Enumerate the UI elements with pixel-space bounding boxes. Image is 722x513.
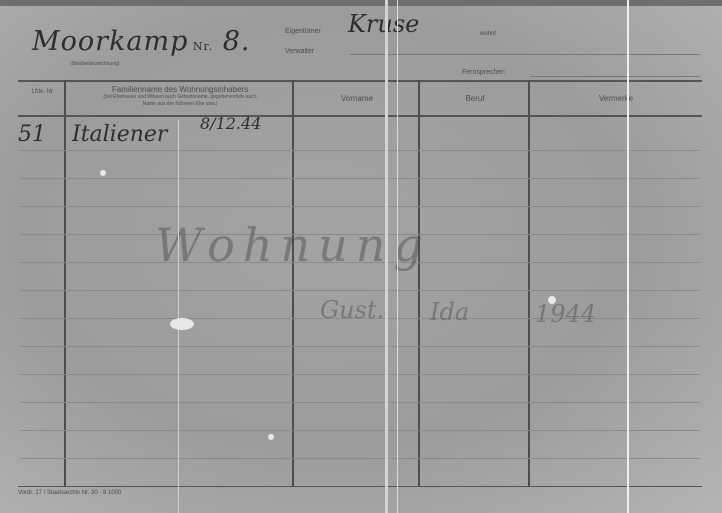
- registration-card: Moorkamp Nr. 8. (Straßenbezeichnung) Eig…: [0, 0, 722, 513]
- column-header-first-name: Vorname: [296, 84, 418, 124]
- row-line: [20, 346, 700, 347]
- scan-spot: [170, 318, 194, 330]
- scan-spot: [268, 434, 274, 440]
- owner-value: Kruse: [348, 10, 419, 38]
- scan-scratch: [385, 0, 388, 513]
- row-line: [20, 402, 700, 403]
- row-line: [20, 290, 700, 291]
- entry-number: 51: [18, 122, 46, 147]
- scan-scratch: [627, 0, 629, 513]
- table-bottom-border: [18, 486, 702, 487]
- column-divider-4: [528, 80, 530, 486]
- street-name: Moorkamp Nr. 8.: [32, 26, 250, 57]
- owner-label: Eigentümer: [285, 28, 321, 35]
- form-footer: Vordr. 17 / Staatsarchiv Nr. 30 · 8 1000: [18, 490, 121, 496]
- column-header-number: Lfde. Nr.: [22, 84, 64, 118]
- phone-underline: [530, 76, 700, 77]
- phone-label: Fernsprecher:: [462, 69, 506, 76]
- row-line: [20, 150, 700, 151]
- entry-date: 8/12.44: [200, 114, 261, 133]
- row-line: [20, 458, 700, 459]
- scan-scratch: [397, 0, 398, 513]
- scan-spot: [548, 296, 556, 304]
- residence-label: wohnt: [480, 31, 496, 37]
- faint-bleedthrough-text: Wohnung: [155, 218, 431, 272]
- column-header-occupation: Beruf: [422, 84, 528, 124]
- column-divider-1: [64, 80, 66, 486]
- faint-bleedthrough-text: Gust.: [320, 296, 384, 324]
- manager-label: Verwalter: [285, 48, 314, 55]
- row-line: [20, 374, 700, 375]
- table-top-border: [18, 80, 702, 82]
- entry-surname: Italiener: [72, 122, 167, 147]
- faint-bleedthrough-text: Ida: [430, 298, 469, 326]
- manager-underline: [350, 54, 700, 55]
- street-label: (Straßenbezeichnung): [70, 61, 119, 67]
- scan-scratch: [178, 120, 179, 513]
- column-divider-3: [418, 80, 420, 486]
- scan-spot: [100, 170, 106, 176]
- column-header-surname: Familienname des Wohnungsinhabers (bei E…: [68, 84, 292, 114]
- row-line: [20, 430, 700, 431]
- faint-bleedthrough-text: 1944: [535, 300, 596, 328]
- column-divider-2: [292, 80, 294, 486]
- row-line: [20, 178, 700, 179]
- row-line: [20, 206, 700, 207]
- column-header-remarks: Vermerke: [532, 84, 700, 124]
- card-top-edge: [0, 0, 722, 6]
